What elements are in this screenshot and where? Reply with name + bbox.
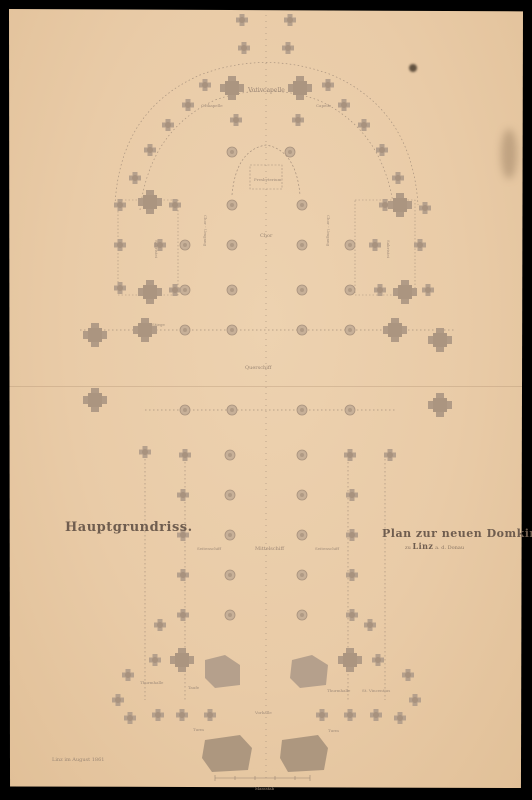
apse-piers xyxy=(129,14,404,184)
transept-piers xyxy=(83,318,452,461)
cathedral-floor-plan xyxy=(0,0,532,800)
label-tower-hall-right: Thurmhalle xyxy=(327,688,350,693)
label-sacristy-left: Sakristei xyxy=(154,240,159,258)
signature-date: Linz im August 1861 xyxy=(52,757,104,763)
west-front-piers xyxy=(112,619,421,724)
plan-title-line1: Plan zur neuen Domkirche xyxy=(382,527,532,540)
label-small-room-left: Taufe xyxy=(188,685,199,690)
scale-bar xyxy=(215,775,310,781)
label-chapel-bottom-right: St. Vincentius xyxy=(362,688,390,693)
label-choir-aisle-left: Chor - Umgang xyxy=(203,215,208,246)
nave-piers xyxy=(177,489,358,621)
drawing-title: Hauptgrundriss. xyxy=(65,520,193,535)
plan-title-line2: zu Linz a. d. Donau xyxy=(405,541,464,551)
label-aisle-right: Seitenschiff xyxy=(315,546,339,551)
label-tower-hall-left: Thurmhalle xyxy=(140,680,163,685)
label-transept: Querschiff xyxy=(245,365,271,371)
label-entrance-hall: Vorhalle xyxy=(255,710,272,715)
apse-outline xyxy=(80,15,455,780)
label-stair: Stiege xyxy=(152,322,165,327)
label-choir: Chor xyxy=(260,233,272,239)
nave-columns xyxy=(225,450,307,620)
label-apse-right: Capelle xyxy=(316,103,331,108)
label-sanctuary: Presbyterium xyxy=(254,177,281,182)
plan-title-city: Linz xyxy=(412,541,433,551)
plan-title-block: Plan zur neuen Domkirche xyxy=(382,522,532,541)
label-apse-left: Ostkapelle xyxy=(201,103,223,108)
label-choir-aisle-right: Chor - Umgang xyxy=(326,215,331,246)
label-sacristy-right: Sakristei xyxy=(386,240,391,258)
label-apse-chapel: Votivcapelle xyxy=(248,87,285,94)
label-tower-right: Turm xyxy=(328,728,339,733)
plan-title-suffix: a. d. Donau xyxy=(435,545,464,551)
plan-title-prefix: zu xyxy=(405,545,411,551)
label-tower-left: Turm xyxy=(193,727,204,732)
scale-bar-label: Massstab xyxy=(255,786,274,791)
label-nave: Mittelschiff xyxy=(255,546,284,552)
label-aisle-left: Seitenschiff xyxy=(197,546,221,551)
